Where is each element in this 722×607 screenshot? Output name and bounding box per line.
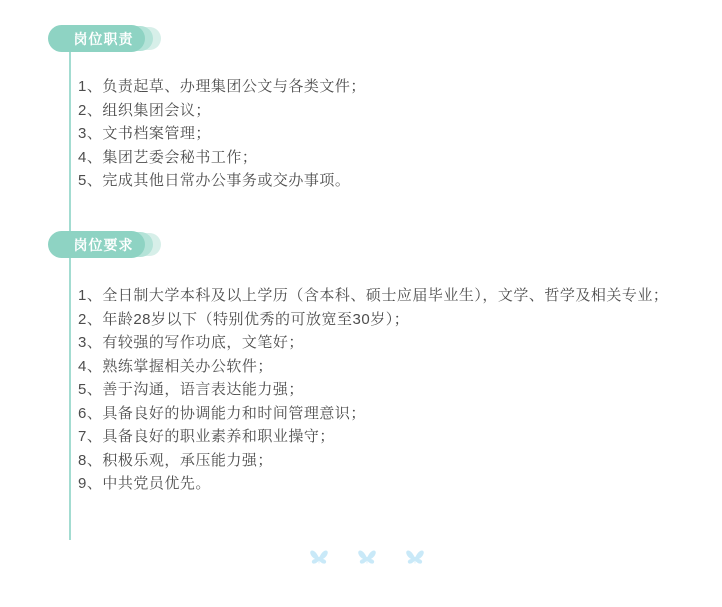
list-item: 2、组织集团会议； — [78, 99, 366, 123]
section-badge-responsibilities: 岗位职责 — [48, 25, 161, 54]
butterfly-icon — [404, 548, 426, 570]
butterfly-icon — [308, 548, 330, 570]
page: { "page": { "background": "#ffffff" }, "… — [0, 0, 722, 607]
list-item: 3、有较强的写作功底，文笔好； — [78, 331, 668, 355]
list-item: 4、集团艺委会秘书工作； — [78, 146, 366, 170]
list-item: 5、善于沟通，语言表达能力强； — [78, 378, 668, 402]
list-item: 4、熟练掌握相关办公软件； — [78, 355, 668, 379]
list-item: 2、年龄28岁以下（特别优秀的可放宽至30岁）； — [78, 308, 668, 332]
list-item: 6、具备良好的协调能力和时间管理意识； — [78, 402, 668, 426]
list-item: 8、积极乐观，承压能力强； — [78, 449, 668, 473]
butterfly-icon — [356, 548, 378, 570]
footer-decoration — [308, 548, 426, 570]
list-item: 1、全日制大学本科及以上学历（含本科、硕士应届毕业生），文学、哲学及相关专业； — [78, 284, 668, 308]
list-item: 5、完成其他日常办公事务或交办事项。 — [78, 169, 366, 193]
list-item: 1、负责起草、办理集团公文与各类文件； — [78, 75, 366, 99]
badge-pill: 岗位要求 — [48, 231, 145, 258]
timeline-line — [69, 38, 71, 540]
responsibilities-list: 1、负责起草、办理集团公文与各类文件； 2、组织集团会议； 3、文书档案管理； … — [78, 75, 366, 193]
badge-pill: 岗位职责 — [48, 25, 145, 52]
section-title-requirements: 岗位要求 — [74, 235, 134, 255]
list-item: 9、中共党员优先。 — [78, 472, 668, 496]
list-item: 3、文书档案管理； — [78, 122, 366, 146]
list-item: 7、具备良好的职业素养和职业操守； — [78, 425, 668, 449]
requirements-list: 1、全日制大学本科及以上学历（含本科、硕士应届毕业生），文学、哲学及相关专业； … — [78, 284, 668, 496]
section-badge-requirements: 岗位要求 — [48, 231, 161, 260]
section-title-responsibilities: 岗位职责 — [74, 29, 134, 49]
